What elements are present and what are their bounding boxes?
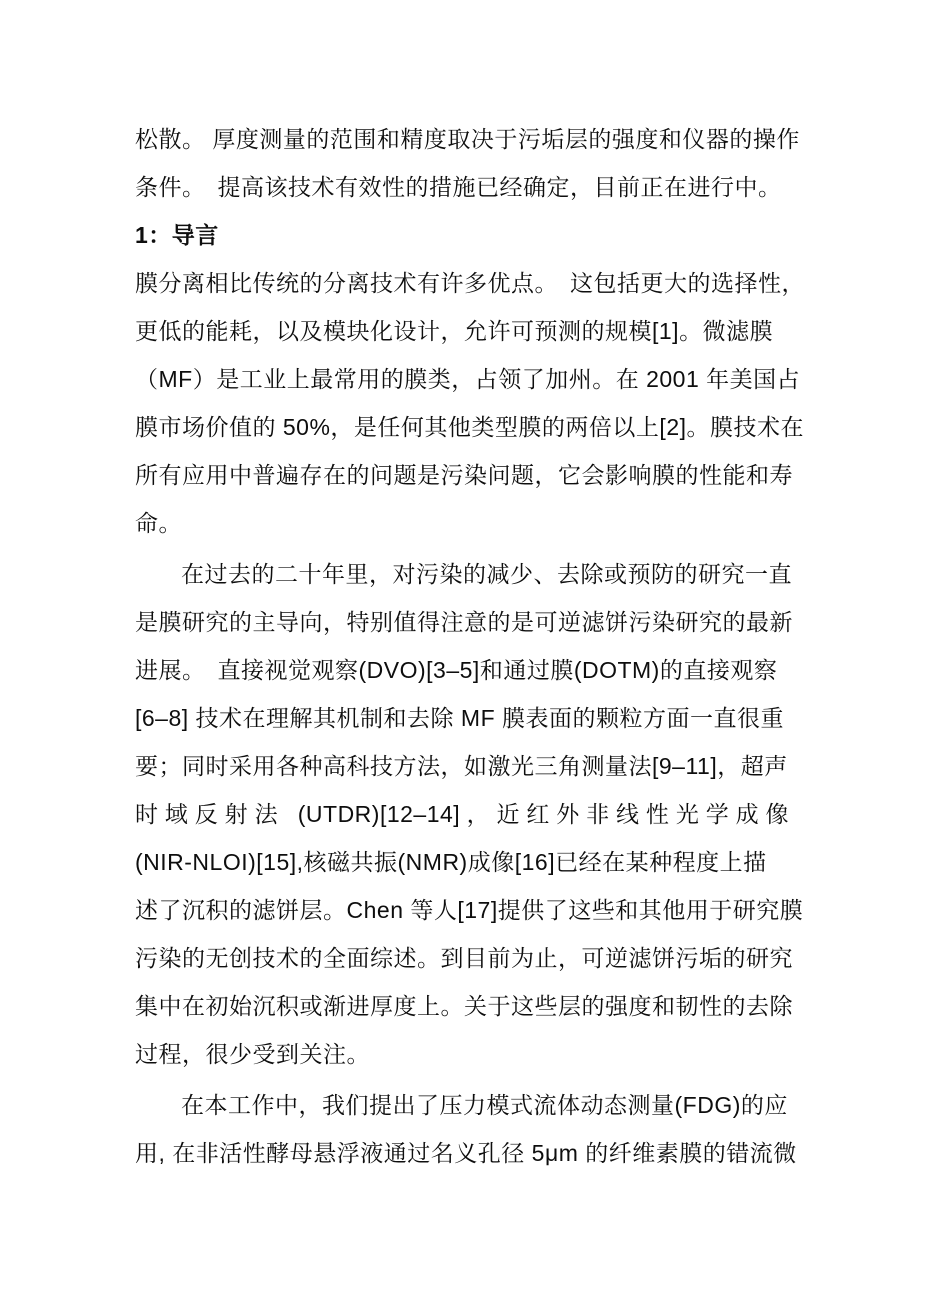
section-heading: 1：导言 [135,211,789,259]
text-line: 时域反射法 (UTDR)[12–14]，近红外非线性光学成像 [135,790,789,838]
document-page: 松散。 厚度测量的范围和精度取决于污垢层的强度和仪器的操作条件。 提高该技术有效… [0,0,926,1309]
text-line: 在过去的二十年里，对污染的减少、去除或预防的研究一直 [135,550,789,598]
text-line: 命。 [135,499,789,547]
text-line: [6–8] 技术在理解其机制和去除 MF 膜表面的颗粒方面一直很重 [135,694,789,742]
text-line: 过程，很少受到关注。 [135,1030,789,1078]
document-content: 松散。 厚度测量的范围和精度取决于污垢层的强度和仪器的操作条件。 提高该技术有效… [135,115,789,1177]
text-line: 污染的无创技术的全面综述。到目前为止，可逆滤饼污垢的研究 [135,934,789,982]
text-line: 是膜研究的主导向，特别值得注意的是可逆滤饼污染研究的最新 [135,598,789,646]
text-line: 条件。 提高该技术有效性的措施已经确定，目前正在进行中。 [135,163,789,211]
text-line: 松散。 厚度测量的范围和精度取决于污垢层的强度和仪器的操作 [135,115,789,163]
text-line: 集中在初始沉积或渐进厚度上。关于这些层的强度和韧性的去除 [135,982,789,1030]
text-line: 要；同时采用各种高科技方法，如激光三角测量法[9–11]，超声 [135,742,789,790]
text-line: （MF）是工业上最常用的膜类，占领了加州。在 2001 年美国占 [135,355,789,403]
text-line: 更低的能耗，以及模块化设计，允许可预测的规模[1]。微滤膜 [135,307,789,355]
text-line: (NIR-NLOI)[15],核磁共振(NMR)成像[16]已经在某种程度上描 [135,838,789,886]
text-line: 所有应用中普遍存在的问题是污染问题，它会影响膜的性能和寿 [135,451,789,499]
text-line: 用, 在非活性酵母悬浮液通过名义孔径 5μm 的纤维素膜的错流微 [135,1129,789,1177]
text-line: 进展。 直接视觉观察(DVO)[3–5]和通过膜(DOTM)的直接观察 [135,646,789,694]
text-line: 膜市场价值的 50%，是任何其他类型膜的两倍以上[2]。膜技术在 [135,403,789,451]
text-line: 述了沉积的滤饼层。Chen 等人[17]提供了这些和其他用于研究膜 [135,886,789,934]
text-line: 在本工作中，我们提出了压力模式流体动态测量(FDG)的应 [135,1081,789,1129]
text-line: 膜分离相比传统的分离技术有许多优点。 这包括更大的选择性， [135,259,789,307]
